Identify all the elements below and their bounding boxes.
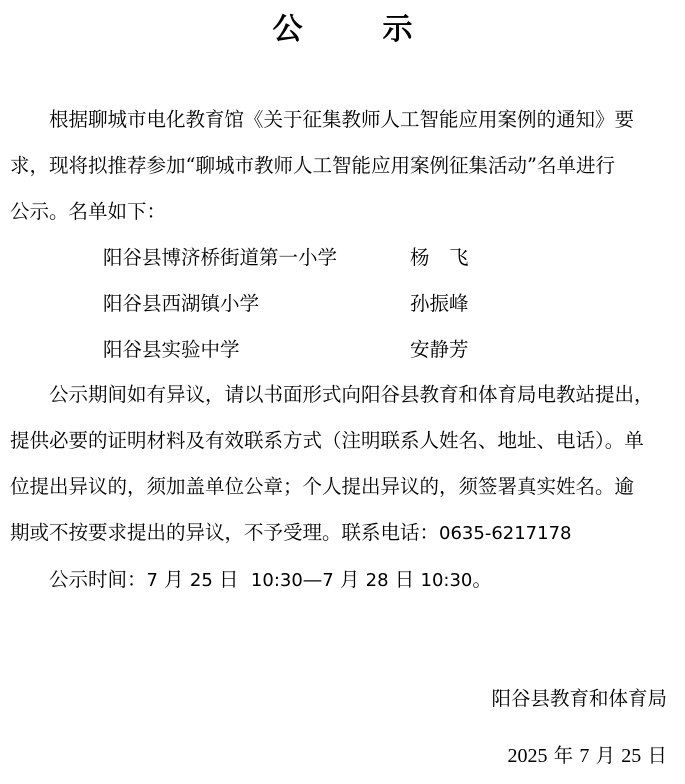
start-day: 25 [190,570,213,591]
nominee-name: 安静芳 [410,327,469,373]
sign-year: 2025 [507,745,547,767]
period-paragraph: 公示时间：7 月 25 日 10:30—7 月 28 日 10:30。 [10,557,685,604]
intro-line: 根据聊城市电化教育馆《关于征集教师人工智能应用案例的通知》要 [10,97,670,143]
title-char: 公 [273,10,303,50]
end-punct: 。 [472,568,492,591]
period-label: 公示时间： [49,568,147,591]
day-char: 日 [395,568,415,591]
list-item: 阳谷县博济桥街道第一小学 杨 飞 [103,235,469,281]
dash: — [303,568,323,591]
nominee-school: 阳谷县实验中学 [103,327,410,373]
intro-paragraph: 根据聊城市电化教育馆《关于征集教师人工智能应用案例的通知》要 求，现将拟推荐参加… [10,97,670,235]
signature-organization: 阳谷县教育和体育局 [491,683,667,711]
objection-line: 公示期间如有异议，请以书面形式向阳谷县教育和体育局电教站提出， [10,372,670,418]
list-item: 阳谷县实验中学 安静芳 [103,327,469,373]
nominee-school: 阳谷县西湖镇小学 [103,281,410,327]
objection-line: 位提出异议的，须加盖单位公章；个人提出异议的，须签署真实姓名。逾 [10,464,670,510]
list-item: 阳谷县西湖镇小学 孙振峰 [103,281,469,327]
sign-day: 25 [621,745,641,767]
end-month: 7 [322,570,333,591]
signature-date: 2025 年 7 月 25 日 [507,740,667,768]
end-day: 28 [366,570,389,591]
objection-text: 期或不按要求提出的异议，不予受理。联系电话： [10,521,439,544]
month-char: 月 [596,744,616,767]
objection-paragraph: 公示期间如有异议，请以书面形式向阳谷县教育和体育局电教站提出， 提供必要的证明材… [10,372,670,557]
sign-month: 7 [579,745,589,767]
start-month: 7 [147,570,158,591]
objection-line: 期或不按要求提出的异议，不予受理。联系电话：0635-6217178 [10,510,670,557]
intro-line: 公示。名单如下： [10,189,670,235]
day-char: 日 [219,568,239,591]
nominee-list: 阳谷县博济桥街道第一小学 杨 飞 阳谷县西湖镇小学 孙振峰 阳谷县实验中学 安静… [103,235,469,373]
nominee-school: 阳谷县博济桥街道第一小学 [103,235,410,281]
day-char: 日 [647,744,667,767]
month-char: 月 [164,568,184,591]
title-char: 示 [383,10,413,50]
nominee-name: 孙振峰 [410,281,469,327]
objection-line: 提供必要的证明材料及有效联系方式（注明联系人姓名、地址、电话）。单 [10,418,670,464]
intro-line: 求，现将拟推荐参加“聊城市教师人工智能应用案例征集活动”名单进行 [10,143,670,189]
start-time: 10:30 [251,570,303,591]
year-char: 年 [554,744,574,767]
month-char: 月 [340,568,360,591]
document-title: 公示 [0,10,685,50]
nominee-name: 杨 飞 [410,235,469,281]
contact-phone: 0635-6217178 [439,523,571,544]
end-time: 10:30 [421,570,473,591]
